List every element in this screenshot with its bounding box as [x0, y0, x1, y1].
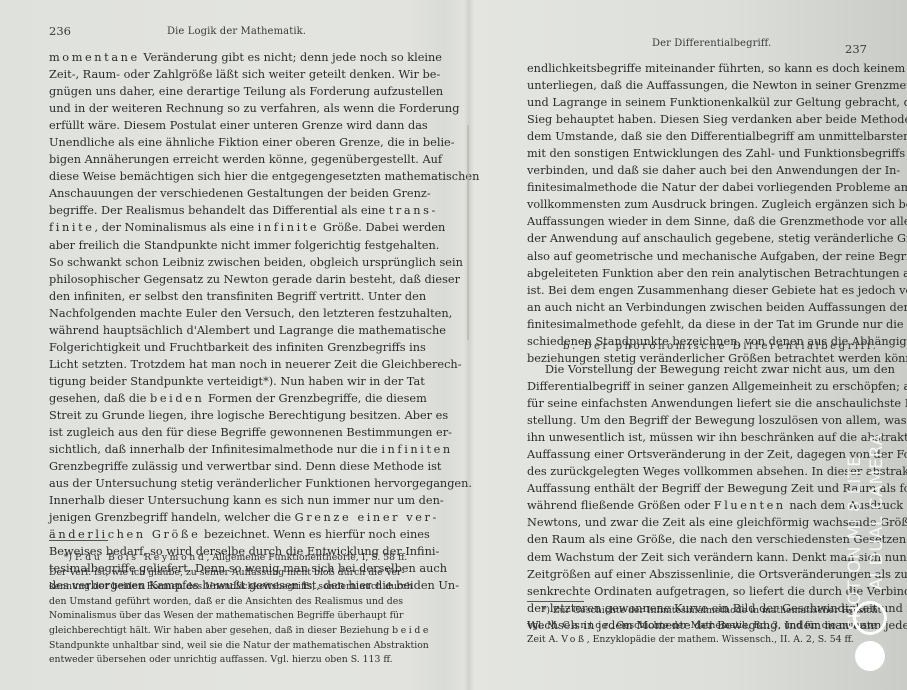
text-line: Auffassung einer Ortsveränderung in der … — [527, 446, 863, 463]
text-line: aus der Untersuchung stetig veränderlich… — [49, 475, 405, 492]
text-line: Grenzbegriffe zulässig und verwertbar si… — [49, 458, 405, 475]
body-text-top: endlichkeitsbegriffe miteinander führten… — [527, 60, 863, 367]
text-line: den Raum als eine Größe, die nach den ve… — [527, 531, 863, 548]
text-line: ist zugleich aus den für diese Begriffe … — [49, 424, 405, 441]
text-line: Folgerichtigkeit und Fruchtbarkeit des i… — [49, 339, 405, 356]
text-line: jenigen Grenzbegriff handeln, welcher di… — [49, 509, 405, 526]
page-fold-crease — [467, 125, 469, 340]
text-line: also auf geometrische und mechanische Au… — [527, 248, 863, 265]
text-line: gleichberechtigt hält. Wir haben aber ge… — [49, 624, 403, 639]
text-line: senkrechte Ordinaten aufgetragen, so lie… — [527, 583, 863, 600]
text-line: sichtlich, daß innerhalb der Infinitesim… — [49, 441, 405, 458]
footnote: *) P. du Bois Reymond, Allgemeine Funkti… — [49, 551, 403, 668]
text-line: momentane Veränderung gibt es nicht; den… — [49, 49, 405, 66]
text-line: Auffassungen wieder in dem Sinne, daß di… — [527, 213, 863, 230]
text-line: finitesimalmethode gefehlt, da diese in … — [527, 316, 863, 333]
text-line: bigen Annäherungen erreicht werden könne… — [49, 151, 405, 168]
text-line: kennung der beiden Formen des Unendlichk… — [49, 580, 403, 595]
text-line: endlichkeitsbegriffe miteinander führten… — [527, 60, 863, 77]
text-line: unterliegen, daß die Auffassungen, die N… — [527, 77, 863, 94]
text-line: Licht setzten. Trotzdem hat man noch in … — [49, 356, 405, 373]
text-line: tigung beider Standpunkte verteidigt*). … — [49, 373, 405, 390]
text-line: dem Umstande, daß sie den Differentialbe… — [527, 128, 863, 145]
running-head: Der Differentialbegriff. — [652, 38, 771, 49]
text-line: mit den sonstigen Entwicklungen des Zahl… — [527, 145, 863, 162]
text-line: der Anwendung auf anschaulich gegebene, … — [527, 230, 863, 247]
text-line: den infiniten, er selbst den transfinite… — [49, 288, 405, 305]
watermark-dot-icon — [855, 641, 885, 671]
text-line: gnügen uns daher, eine derartige Teilung… — [49, 83, 405, 100]
text-line: an auch nicht an Verbindungen zwischen b… — [527, 299, 863, 316]
text-line: begriffe. Der Realismus behandelt das Di… — [49, 202, 405, 219]
text-line: Nachfolgenden machte Euler den Versuch, … — [49, 305, 405, 322]
watermark-line2: AI DUAL CAMERA — [867, 433, 887, 590]
text-line: Die Vorstellung der Bewegung reicht zwar… — [527, 361, 863, 378]
section-heading: b. Der phoronomische Differentialbegriff… — [563, 340, 878, 352]
text-line: Zeit A. Voß, Enzyklopädie der mathem. Wi… — [527, 633, 857, 648]
page-number: 236 — [49, 24, 71, 38]
text-line: entweder übersehen oder unrichtig auffas… — [49, 653, 403, 668]
text-line: dem Wachstum der Zeit sich verändern kan… — [527, 549, 863, 566]
text-line: Standpunkte unhaltbar sind, weil sie die… — [49, 639, 403, 654]
text-line: finite, der Nominalismus als eine infini… — [49, 219, 405, 236]
text-line: Newtons, und zwar die Zeit als eine glei… — [527, 514, 863, 531]
text-line: Anschauungen der verschiedenen Gestaltun… — [49, 185, 405, 202]
text-line: ihn unwesentlich ist, müssen wir ihn bes… — [527, 429, 863, 446]
running-head: Die Logik der Mathematik. — [167, 26, 306, 37]
text-line: Zeit-, Raum- oder Zahlgröße läßt sich we… — [49, 66, 405, 83]
right-page: Der Differentialbegriff. 237 endlichkeit… — [470, 0, 907, 690]
text-line: aber freilich die Standpunkte nicht imme… — [49, 237, 405, 254]
footnote-separator — [49, 540, 108, 541]
text-line: Unendliche als eine ähnliche Fiktion ein… — [49, 134, 405, 151]
text-line: gesehen, daß die beiden Formen der Grenz… — [49, 390, 405, 407]
text-line: abgeleiteten Funktion aber den rein anal… — [527, 265, 863, 282]
text-line: Auffassung enthält der Begriff der Beweg… — [527, 480, 863, 497]
text-line: während hauptsächlich d'Alembert und Lag… — [49, 322, 405, 339]
text-line: Nominalismus über das Wesen der mathemat… — [49, 609, 403, 624]
body-text-bottom: Die Vorstellung der Bewegung reicht zwar… — [527, 361, 863, 634]
text-line: für seine einfachsten Anwendungen liefer… — [527, 395, 863, 412]
text-line: Innerhalb dieser Untersuchung kann es si… — [49, 492, 405, 509]
text-line: Differentialbegriff in seiner ganzen All… — [527, 378, 863, 395]
text-line: So schwankt schon Leibniz zwischen beide… — [49, 254, 405, 271]
text-line: ist. Bei dem engen Zusammenhang dieser G… — [527, 282, 863, 299]
text-line: *) P. du Bois Reymond, Allgemeine Funkti… — [49, 551, 403, 566]
body-text: momentane Veränderung gibt es nicht; den… — [49, 49, 405, 595]
text-line: des zurückgelegten Weges vollkommen abse… — [527, 463, 863, 480]
text-line: den Umstand geführt worden, daß er die A… — [49, 595, 403, 610]
text-line: Zeitgrößen auf einer Abszissenlinie, die… — [527, 566, 863, 583]
text-line: *) Zur Geschichte der Infinitesimalmetho… — [527, 604, 857, 619]
text-line: philosophischer Gegensatz zu Newton gera… — [49, 271, 405, 288]
text-line: verbinden, und daß sie daher auch bei de… — [527, 162, 863, 179]
text-line: finitesimalmethode die Natur der dabei v… — [527, 179, 863, 196]
text-line: vgl. M. Cantor, Geschichte der Mathemati… — [527, 619, 857, 634]
page-number: 237 — [845, 42, 867, 56]
left-page: 236 Die Logik der Mathematik. momentane … — [0, 0, 470, 690]
text-line: Der Verf. ist, wie ich glaube, zu seiner… — [49, 566, 403, 581]
text-line: Streit zu Grunde liegen, ihre logische B… — [49, 407, 405, 424]
text-line: während fließende Größen oder Fluenten n… — [527, 497, 863, 514]
text-line: Sieg behauptet haben. Diesen Sieg verdan… — [527, 111, 863, 128]
text-line: und Lagrange in seinem Funktionenkalkül … — [527, 94, 863, 111]
text-line: diese Weise bemächtigen sich hier die en… — [49, 168, 405, 185]
text-line: stellung. Um den Begriff der Bewegung lo… — [527, 412, 863, 429]
text-line: vollkommensten zum Ausdruck bringen. Zug… — [527, 196, 863, 213]
text-line: erfüllt wäre. Diesem Postulat einer unte… — [49, 117, 405, 134]
text-line: und in der weiteren Rechnung so zu verfa… — [49, 100, 405, 117]
watermark-ring-icon — [853, 601, 887, 635]
footnote-separator — [527, 601, 584, 602]
footnote: *) Zur Geschichte der Infinitesimalmetho… — [527, 604, 857, 648]
